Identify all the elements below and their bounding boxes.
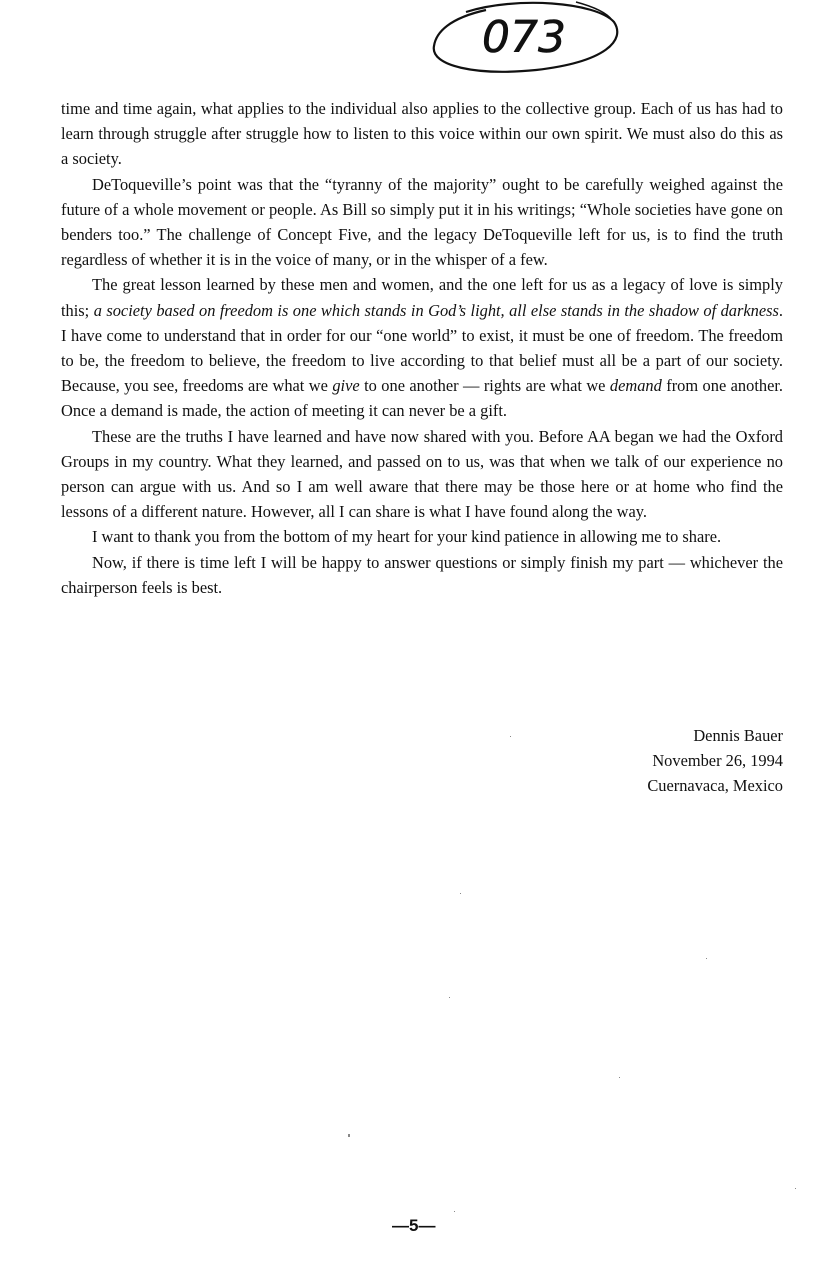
paragraph: The great lesson learned by these men an… (61, 272, 783, 423)
paragraph-text: DeToqueville’s point was that the “tyran… (61, 175, 783, 270)
emphasized-text: a society based on freedom is one which … (94, 301, 779, 320)
author-name: Dennis Bauer (647, 723, 783, 748)
circled-number-icon: 073 (426, 0, 622, 78)
paragraph: DeToqueville’s point was that the “tyran… (61, 172, 783, 273)
document-body: time and time again, what applies to the… (61, 96, 783, 600)
paragraph: Now, if there is time left I will be hap… (61, 550, 783, 600)
paragraph-text: These are the truths I have learned and … (61, 427, 783, 522)
page-number: —5— (392, 1216, 435, 1236)
paragraph-text: to one another — rights are what we (360, 376, 610, 395)
scan-speck (706, 958, 707, 959)
scan-speck (795, 1188, 796, 1189)
scan-speck (449, 997, 450, 998)
paragraph: time and time again, what applies to the… (61, 96, 783, 172)
paragraph: I want to thank you from the bottom of m… (61, 524, 783, 549)
stamp-number: 073 (482, 12, 566, 63)
paragraph-text: Now, if there is time left I will be hap… (61, 553, 783, 597)
signature-date: November 26, 1994 (647, 748, 783, 773)
scan-speck (510, 736, 511, 737)
emphasized-text: demand (610, 376, 662, 395)
emphasized-text: give (332, 376, 359, 395)
paragraph: These are the truths I have learned and … (61, 424, 783, 525)
signature-block: Dennis Bauer November 26, 1994 Cuernavac… (647, 723, 783, 798)
handwritten-page-stamp: 073 (426, 0, 622, 78)
paragraph-text: time and time again, what applies to the… (61, 99, 783, 168)
signature-place: Cuernavaca, Mexico (647, 773, 783, 798)
scan-speck (454, 1211, 455, 1212)
scan-speck (348, 1134, 350, 1137)
paragraph-text: I want to thank you from the bottom of m… (92, 527, 721, 546)
scan-speck (460, 893, 461, 894)
scan-speck (619, 1077, 620, 1078)
